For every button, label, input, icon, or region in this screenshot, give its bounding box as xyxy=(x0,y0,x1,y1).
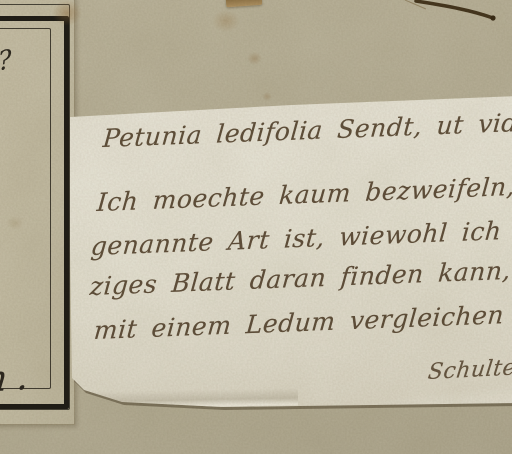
annotation-slip: Petunia ledifolia Sendt, ut videtur. Ich… xyxy=(62,88,512,412)
label-handwriting-fragment-top: ? xyxy=(0,44,13,77)
note-line-4: ziges Blatt daran finden kann, das si xyxy=(89,252,512,301)
label-handwriting-fragment-bottom: n. xyxy=(0,356,41,401)
note-line-3: genannte Art ist, wiewohl ich kein e xyxy=(90,212,512,261)
note-line-2: Ich moechte kaum bezweifeln, daß s xyxy=(96,168,512,217)
note-signature: Schultes, xyxy=(426,354,512,385)
engraved-label-sheet: ? n. xyxy=(0,0,75,425)
label-frame-inner-rule xyxy=(0,28,51,389)
note-line-5: mit einem Ledum vergleichen lässt. xyxy=(93,297,512,345)
plant-stem-twig xyxy=(400,0,512,30)
note-line-1: Petunia ledifolia Sendt, ut videtur. xyxy=(102,106,512,153)
herbarium-scan: ? n. Petunia ledifolia Sendt, ut videtur… xyxy=(0,0,512,454)
